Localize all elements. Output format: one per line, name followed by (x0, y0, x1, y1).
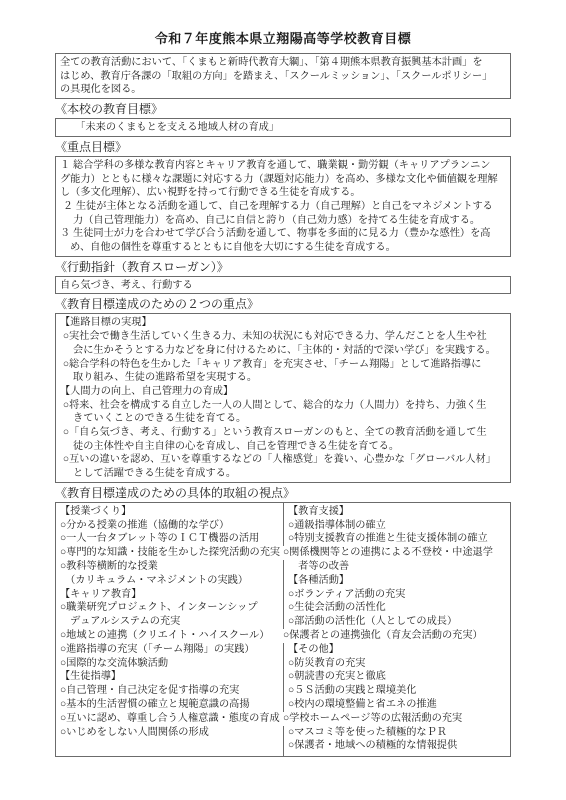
line-text: し（多文化理解）、広い視野を持って行動できる生徒を育成する。 (60, 186, 361, 200)
table-line: 【その他】 (284, 643, 510, 657)
line-text: ○総合学科の特色を生かした「キャリア教育」を充実させ、「チーム翔陽」として進路指… (60, 358, 481, 372)
line-text: ○職業研究プロジェクト、インターンシップ (60, 601, 258, 615)
line-text: の具現化を図る。 (60, 83, 142, 97)
table-line: ○保護者との連携強化（育友会活動の充実） (283, 629, 510, 643)
text-line: ○互いの違いを認め、互いを尊重するなどの「人権感覚」を養い、心豊かな「グローバル… (60, 453, 506, 467)
heading-school-goal: 《本校の教育目標》 (55, 102, 511, 117)
text-line: グ能力）とともに様々な課題に対応する力（課題対応能力）を高め、多様な文化や価値観… (60, 173, 506, 187)
heading-priority-goal: 《重点目標》 (55, 140, 511, 155)
text-line: 「未来のくまもとを支える地域人材の育成」 (60, 121, 506, 135)
line-text: 【進路目標の実現】 (60, 316, 152, 330)
concrete-viewpoints-table: 【授業づくり】○分かる授業の推進（協働的な学び）○一人一台タブレット等のＩＣＴ機… (55, 502, 511, 757)
table-line: ○マスコミ等を使った積極的なＰＲ (284, 726, 510, 740)
text-line: ○実社会で働き生活していく生きる力、未知の状況にも対応できる力、学んだことを人生… (60, 330, 506, 344)
line-text: 自ら気づき、考え、行動する (60, 279, 193, 293)
school-goal-box: 「未来のくまもとを支える地域人材の育成」 (55, 118, 511, 137)
line-text: ○教科等横断的な授業 (60, 560, 158, 574)
text-line: として活躍できる生徒を育成する。 (60, 467, 506, 481)
line-text: ○５Ｓ活動の実践と環境美化 (288, 684, 416, 698)
line-text: 【生徒指導】 (60, 670, 121, 684)
table-line: 【教育支援】 (284, 505, 510, 519)
line-text: 徒の主体性や自主自律の心を育成し、自己を管理できる生徒を育てる。 (60, 440, 399, 454)
line-text: ○保護者との連携強化（育友会活動の充実） (283, 629, 483, 643)
table-line: ○朝読書の充実と徹底 (284, 670, 510, 684)
line-text: ○基本的生活習慣の確立と規範意識の高揚 (60, 698, 250, 712)
table-line: ○校内の環境整備と省エネの推進 (284, 698, 510, 712)
text-line: し（多文化理解）、広い視野を持って行動できる生徒を育成する。 (60, 186, 506, 200)
table-line: （カリキュラム・マネジメントの実践） (56, 574, 283, 588)
table-column-right: 【教育支援】○通級指導体制の確立○特別支援教育の推進と生徒支援体制の確立○関係機… (284, 503, 510, 756)
table-line: 【各種活動】 (284, 574, 510, 588)
line-text: デュアルシステムの充実 (60, 615, 180, 629)
line-text: 力（自己管理能力）を高め、自己に自信と誇り（自己効力感）を持てる生徒を育成する。 (60, 214, 480, 228)
line-text: ○通級指導体制の確立 (288, 519, 386, 533)
text-line: 【人間力の向上、自己管理力の育成】 (60, 385, 506, 399)
table-column-left: 【授業づくり】○分かる授業の推進（協働的な学び）○一人一台タブレット等のＩＣＴ機… (56, 503, 284, 756)
table-line: ○防災教育の充実 (284, 657, 510, 671)
table-line: ○生徒会活動の活性化 (284, 601, 510, 615)
line-text: ○一人一台タブレット等のＩＣＴ機器の活用 (60, 532, 259, 546)
text-line: 自ら気づき、考え、行動する (60, 279, 506, 293)
line-text: ○朝読書の充実と徹底 (288, 670, 386, 684)
table-line: ○互いに認め、尊重し合う人権意識・態度の育成 (56, 712, 283, 726)
line-text: ○互いに認め、尊重し合う人権意識・態度の育成 (60, 712, 280, 726)
line-text: ○特別支援教育の推進と生徒支援体制の確立 (288, 532, 488, 546)
line-text: ○将来、社会を構成する自立した一人の人間として、総合的な力（人間力）を持ち、力強… (60, 399, 486, 413)
line-text: ○地域との連携（クリエイト・ハイスクール） (60, 629, 269, 643)
text-line: め、自他の個性を尊重するとともに自他を大切にする生徒を育成する。 (60, 241, 506, 255)
line-text: ○自己管理・自己決定を促す指導の充実 (60, 684, 239, 698)
table-line: ○特別支援教育の推進と生徒支援体制の確立 (284, 532, 510, 546)
table-line: 者等の改善 (284, 560, 510, 574)
line-text: 【教育支援】 (288, 505, 349, 519)
text-line: 会に生かそうとする力などを身に付けるために、「主体的・対話的で深い学び」を実践す… (60, 344, 506, 358)
line-text: 【授業づくり】 (60, 505, 131, 519)
line-text: 会に生かそうとする力などを身に付けるために、「主体的・対話的で深い学び」を実践す… (60, 344, 496, 358)
table-line: ○いじめをしない人間関係の形成 (56, 726, 283, 740)
heading-action-policy: 《行動指針（教育スローガン）》 (55, 260, 511, 275)
text-line: ○「自ら気づき、考え、行動する」という教育スローガンのもと、全ての教育活動を通し… (60, 426, 506, 440)
table-line: 【キャリア教育】 (56, 588, 283, 602)
line-text: ○学校ホームページ等の広報活動の充実 (283, 712, 462, 726)
text-line: はじめ、教育庁各課の「取組の方向」を踏まえ、「スクールミッション」、「スクールポ… (60, 70, 506, 84)
line-text: グ能力）とともに様々な課題に対応する力（課題対応能力）を高め、多様な文化や価値観… (60, 173, 498, 187)
text-line: 力（自己管理能力）を高め、自己に自信と誇り（自己効力感）を持てる生徒を育成する。 (60, 214, 506, 228)
table-line: ○専門的な知識・技能を生かした探究活動の充実 (56, 546, 283, 560)
line-text: 全ての教育活動において、「くまもと新時代教育大綱」、「第４期熊本県教育振興基本計… (60, 56, 483, 70)
table-line: ○教科等横断的な授業 (56, 560, 283, 574)
text-line: １ 総合学科の多様な教育内容とキャリア教育を通して、職業観・勤労観（キャリアプラ… (60, 159, 506, 173)
text-line: 徒の主体性や自主自律の心を育成し、自己を管理できる生徒を育てる。 (60, 440, 506, 454)
table-line: ○学校ホームページ等の広報活動の充実 (283, 712, 510, 726)
line-text: 「未来のくまもとを支える地域人材の育成」 (60, 121, 279, 135)
text-line: の具現化を図る。 (60, 83, 506, 97)
line-text: ○防災教育の充実 (288, 657, 365, 671)
heading-two-priorities: 《教育目標達成のための２つの重点》 (55, 297, 511, 312)
table-line: ○部活動の活性化（人としての成長） (284, 615, 510, 629)
priority-goal-box: １ 総合学科の多様な教育内容とキャリア教育を通して、職業観・勤労観（キャリアプラ… (55, 156, 511, 257)
heading-concrete-viewpoints: 《教育目標達成のための具体的取組の視点》 (55, 486, 511, 501)
line-text: ○関係機関等との連携による不登校・中途退学 (283, 546, 493, 560)
table-line: ○保護者・地域への積極的な情報提供 (284, 739, 510, 753)
table-line: 【授業づくり】 (56, 505, 283, 519)
table-line: ○進路指導の充実（「チーム翔陽」の実践） (56, 643, 283, 657)
line-text: 者等の改善 (288, 560, 349, 574)
text-line: ３ 生徒同士が力を合わせて学び合う活動を通して、物事を多面的に見る力（豊かな感性… (60, 227, 506, 241)
line-text: はじめ、教育庁各課の「取組の方向」を踏まえ、「スクールミッション」、「スクールポ… (60, 70, 492, 84)
line-text: ○マスコミ等を使った積極的なＰＲ (288, 726, 447, 740)
document-page: 令和７年度熊本県立翔陽高等学校教育目標 全ての教育活動において、「くまもと新時代… (0, 0, 566, 800)
text-line: きていくことのできる生徒を育てる。 (60, 412, 506, 426)
table-line: ○通級指導体制の確立 (284, 519, 510, 533)
table-line: ○分かる授業の推進（協働的な学び） (56, 519, 283, 533)
line-text: ○生徒会活動の活性化 (288, 601, 386, 615)
text-line: 【進路目標の実現】 (60, 316, 506, 330)
line-text: ○ボランティア活動の充実 (288, 588, 405, 602)
page-title: 令和７年度熊本県立翔陽高等学校教育目標 (55, 30, 511, 48)
line-text: 【各種活動】 (288, 574, 349, 588)
line-text: ○実社会で働き生活していく生きる力、未知の状況にも対応できる力、学んだことを人生… (60, 330, 487, 344)
table-line: ○５Ｓ活動の実践と環境美化 (284, 684, 510, 698)
line-text: ３ 生徒同士が力を合わせて学び合う活動を通して、物事を多面的に見る力（豊かな感性… (60, 227, 491, 241)
line-text: 取り組み、生徒の進路希望を実現する。 (60, 371, 257, 385)
line-text: ２ 生徒が主体となる活動を通して、自己を理解する力（自己理解）と自己をマネジメン… (60, 200, 493, 214)
text-line: 取り組み、生徒の進路希望を実現する。 (60, 371, 506, 385)
line-text: ○互いの違いを認め、互いを尊重するなどの「人権感覚」を養い、心豊かな「グローバル… (60, 453, 496, 467)
line-text: ○いじめをしない人間関係の形成 (60, 726, 209, 740)
two-priorities-box: 【進路目標の実現】 ○実社会で働き生活していく生きる力、未知の状況にも対応できる… (55, 313, 511, 482)
table-line: ○ボランティア活動の充実 (284, 588, 510, 602)
line-text: ○保護者・地域への積極的な情報提供 (288, 739, 457, 753)
action-policy-box: 自ら気づき、考え、行動する (55, 276, 511, 295)
table-line: デュアルシステムの充実 (56, 615, 283, 629)
intro-box: 全ての教育活動において、「くまもと新時代教育大綱」、「第４期熊本県教育振興基本計… (55, 53, 511, 99)
line-text: ○「自ら気づき、考え、行動する」という教育スローガンのもと、全ての教育活動を通し… (60, 426, 487, 440)
text-line: ○総合学科の特色を生かした「キャリア教育」を充実させ、「チーム翔陽」として進路指… (60, 358, 506, 372)
line-text: ○校内の環境整備と省エネの推進 (288, 698, 437, 712)
text-line: ○将来、社会を構成する自立した一人の人間として、総合的な力（人間力）を持ち、力強… (60, 399, 506, 413)
table-line: ○職業研究プロジェクト、インターンシップ (56, 601, 283, 615)
line-text: ○専門的な知識・技能を生かした探究活動の充実 (60, 546, 280, 560)
line-text: め、自他の個性を尊重するとともに自他を大切にする生徒を育成する。 (60, 241, 396, 255)
line-text: 【キャリア教育】 (60, 588, 142, 602)
table-line: 【生徒指導】 (56, 670, 283, 684)
line-text: として活躍できる生徒を育成する。 (60, 467, 236, 481)
line-text: きていくことのできる生徒を育てる。 (60, 412, 246, 426)
line-text: 【その他】 (288, 643, 339, 657)
line-text: ○部活動の活性化（人としての成長） (288, 615, 457, 629)
table-line: ○関係機関等との連携による不登校・中途退学 (283, 546, 510, 560)
line-text: （カリキュラム・マネジメントの実践） (60, 574, 248, 588)
table-line: ○国際的な交流体験活動 (56, 657, 283, 671)
table-line: ○地域との連携（クリエイト・ハイスクール） (56, 629, 283, 643)
line-text: １ 総合学科の多様な教育内容とキャリア教育を通して、職業観・勤労観（キャリアプラ… (60, 159, 491, 173)
table-line: ○自己管理・自己決定を促す指導の充実 (56, 684, 283, 698)
line-text: ○分かる授業の推進（協働的な学び） (60, 519, 229, 533)
table-line: ○基本的生活習慣の確立と規範意識の高揚 (56, 698, 283, 712)
line-text: ○国際的な交流体験活動 (60, 657, 168, 671)
text-line: 全ての教育活動において、「くまもと新時代教育大綱」、「第４期熊本県教育振興基本計… (60, 56, 506, 70)
text-line: ２ 生徒が主体となる活動を通して、自己を理解する力（自己理解）と自己をマネジメン… (60, 200, 506, 214)
table-line: ○一人一台タブレット等のＩＣＴ機器の活用 (56, 532, 283, 546)
line-text: 【人間力の向上、自己管理力の育成】 (60, 385, 233, 399)
line-text: ○進路指導の充実（「チーム翔陽」の実践） (60, 643, 255, 657)
